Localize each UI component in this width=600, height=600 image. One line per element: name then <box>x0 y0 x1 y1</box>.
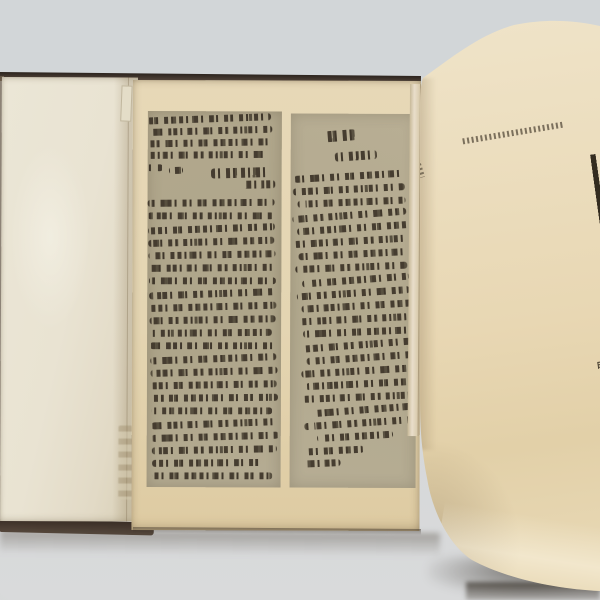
ink-line <box>169 167 183 174</box>
ink-line <box>148 212 274 219</box>
ink-line <box>241 180 275 189</box>
ink-line <box>304 459 340 467</box>
ink-line <box>147 138 270 147</box>
ink-line <box>301 364 412 377</box>
plate-page <box>131 80 421 531</box>
ink-line <box>306 351 411 365</box>
ink-line <box>297 221 409 235</box>
ink-line <box>147 126 272 136</box>
ink-line <box>148 250 275 259</box>
ink-line <box>301 299 412 312</box>
ink-line <box>148 237 274 247</box>
ink-line <box>151 394 278 402</box>
calligraphy-right <box>290 114 417 488</box>
ink-line <box>304 416 412 430</box>
ink-line <box>211 167 271 179</box>
ink-line <box>149 288 275 299</box>
ink-line <box>148 151 266 159</box>
ink-line <box>298 248 408 260</box>
ink-line <box>150 329 272 337</box>
ink-line <box>152 472 272 479</box>
ink-line <box>303 391 414 402</box>
ink-line <box>294 235 407 248</box>
ink-line <box>148 223 275 234</box>
facsimile-plate-right <box>290 114 417 488</box>
ink-line <box>151 418 277 429</box>
ink-line <box>297 286 410 300</box>
ink-line <box>149 277 276 284</box>
ink-line <box>294 170 404 183</box>
ink-line <box>311 403 413 418</box>
photo-of-open-book: 七 書簡 二十九歳天保十年 八 <box>0 0 600 600</box>
ink-line <box>297 197 405 208</box>
ink-line <box>295 262 407 273</box>
ink-line <box>152 459 264 467</box>
ink-line <box>152 445 277 454</box>
print-column <box>596 192 600 341</box>
ink-line <box>325 129 356 142</box>
left-blank-endpaper <box>0 77 138 522</box>
ink-line <box>150 353 276 364</box>
ink-line <box>335 150 378 162</box>
ink-line <box>149 302 276 312</box>
ink-line <box>151 380 277 389</box>
ink-line <box>150 315 276 324</box>
ink-line <box>292 208 406 224</box>
ink-line <box>317 431 393 442</box>
tape-mark-top <box>120 85 132 121</box>
ink-line <box>293 183 405 195</box>
ink-line <box>152 432 279 442</box>
ink-line <box>303 326 415 337</box>
ink-line <box>306 378 415 390</box>
tape-mark-bottom <box>118 426 132 500</box>
ink-line <box>302 273 409 288</box>
ink-line <box>151 407 272 414</box>
ink-line <box>306 446 364 456</box>
ink-line <box>150 342 277 349</box>
ink-line <box>150 367 277 377</box>
ink-line <box>149 264 275 272</box>
ink-line <box>147 164 163 171</box>
calligraphy-left <box>147 111 282 487</box>
ink-line <box>298 313 408 325</box>
facsimile-plate-left <box>147 111 282 487</box>
ink-line <box>148 199 275 207</box>
ink-line <box>147 113 271 124</box>
ink-line <box>300 337 413 352</box>
